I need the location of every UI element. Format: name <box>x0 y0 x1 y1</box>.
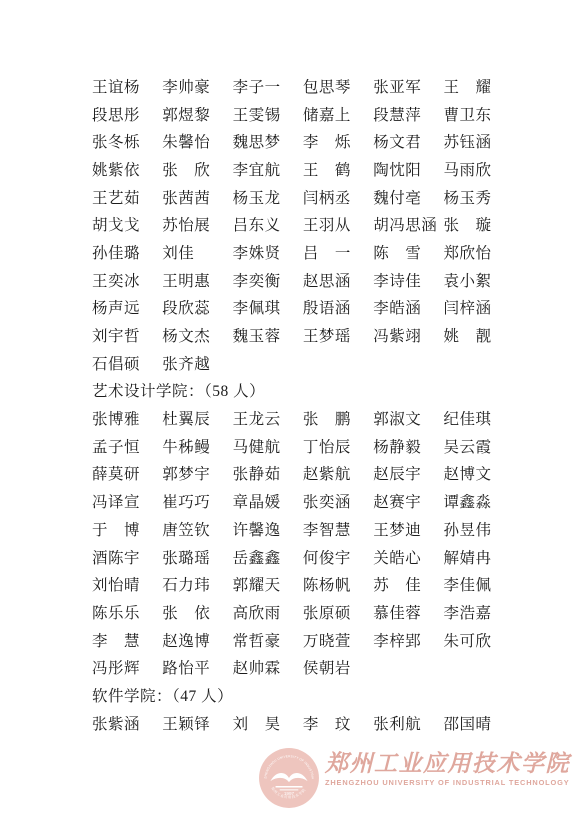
name-row: 刘怡晴石力玮郭耀天陈杨帆苏 佳李佳佩 <box>92 570 516 598</box>
student-name: 魏玉蓉 <box>233 324 303 346</box>
student-name: 张冬栎 <box>92 130 162 152</box>
name-row: 王奕冰王明惠李奕衡赵思涵李诗佳袁小絮 <box>92 266 516 294</box>
student-name: 张 依 <box>162 601 232 623</box>
name-row: 李 慧赵逸博常哲豪万晓萱李梓郢朱可欣 <box>92 626 516 654</box>
student-name: 张璐瑶 <box>162 546 232 568</box>
student-name: 陈杨帆 <box>303 573 373 595</box>
student-name: 王雯锡 <box>233 103 303 125</box>
student-name: 张齐越 <box>162 352 232 374</box>
student-name: 王谊杨 <box>92 75 162 97</box>
student-name-list: 王谊杨李帅豪李子一包思琴张亚军王 耀段思彤郭煜黎王雯锡储嘉上段慧萍曹卫东张冬栎朱… <box>92 72 516 737</box>
student-name: 魏付亳 <box>373 186 443 208</box>
student-name: 赵帅霖 <box>233 656 303 678</box>
student-name: 闫柄丞 <box>303 186 373 208</box>
student-name: 邵国晴 <box>443 712 513 734</box>
name-row: 姚紫依张 欣李宜航王 鹤陶忱阳马雨欣 <box>92 155 516 183</box>
name-row: 于 博唐笠钦许馨逸李智慧王梦迪孙昱伟 <box>92 515 516 543</box>
student-name: 李奕衡 <box>233 269 303 291</box>
section-header: 艺术设计学院：（58 人） <box>92 377 516 405</box>
name-row: 段思彤郭煜黎王雯锡储嘉上段慧萍曹卫东 <box>92 100 516 128</box>
student-name: 郑欣怡 <box>443 241 513 263</box>
student-name: 苏怡展 <box>162 213 232 235</box>
student-name: 谭鑫淼 <box>443 490 513 512</box>
student-name: 李 烁 <box>303 130 373 152</box>
student-name: 石力玮 <box>162 573 232 595</box>
student-name: 张奕涵 <box>303 490 373 512</box>
student-name: 牛秭鳗 <box>162 435 232 457</box>
name-row: 陈乐乐张 依高欣雨张原硕慕佳蓉李浩嘉 <box>92 598 516 626</box>
student-name: 王明惠 <box>162 269 232 291</box>
section-header: 软件学院：（47 人） <box>92 681 516 709</box>
student-name: 李浩嘉 <box>443 601 513 623</box>
student-name: 岳鑫鑫 <box>233 546 303 568</box>
student-name: 石倡硕 <box>92 352 162 374</box>
student-name: 章晶媛 <box>233 490 303 512</box>
student-name: 闫梓涵 <box>443 296 513 318</box>
student-name: 苏钰涵 <box>443 130 513 152</box>
student-name: 冯彤辉 <box>92 656 162 678</box>
name-row: 薛莫研郭梦宇张静茹赵紫航赵辰宇赵博文 <box>92 460 516 488</box>
student-name: 李帅豪 <box>162 75 232 97</box>
student-name: 冯紫翊 <box>373 324 443 346</box>
student-name: 万晓萱 <box>303 629 373 651</box>
student-name: 王羽从 <box>303 213 373 235</box>
student-name: 刘怡晴 <box>92 573 162 595</box>
student-name: 孙佳璐 <box>92 241 162 263</box>
student-name: 赵赛宇 <box>373 490 443 512</box>
university-name-cn: 郑州工业应用技术学院 <box>325 751 570 776</box>
student-name: 李佩琪 <box>233 296 303 318</box>
student-name: 赵逸博 <box>162 629 232 651</box>
student-name: 王梦迪 <box>373 518 443 540</box>
student-name: 段欣蕊 <box>162 296 232 318</box>
student-name: 杜翼辰 <box>162 407 232 429</box>
university-seal-icon: ZHENGZHOU UNIVERSITY OF INDUSTRIAL TECHN… <box>258 747 320 809</box>
student-name: 王奕冰 <box>92 269 162 291</box>
name-row: 酒陈宇张璐瑶岳鑫鑫何俊宇关皓心解婧冉 <box>92 543 516 571</box>
student-name: 李姝贤 <box>233 241 303 263</box>
student-name: 李皓涵 <box>373 296 443 318</box>
student-name: 张静茹 <box>233 462 303 484</box>
student-name: 李智慧 <box>303 518 373 540</box>
student-name: 张 璇 <box>443 213 513 235</box>
student-name: 酒陈宇 <box>92 546 162 568</box>
student-name: 李佳佩 <box>443 573 513 595</box>
student-name: 赵博文 <box>443 462 513 484</box>
student-name: 杨静毅 <box>373 435 443 457</box>
name-row: 孟子恒牛秭鳗马健航丁怡辰杨静毅吴云霞 <box>92 432 516 460</box>
university-name-en: ZHENGZHOU UNIVERSITY OF INDUSTRIAL TECHN… <box>325 778 570 787</box>
document-page: 王谊杨李帅豪李子一包思琴张亚军王 耀段思彤郭煜黎王雯锡储嘉上段慧萍曹卫东张冬栎朱… <box>0 0 584 815</box>
name-row: 石倡硕张齐越 <box>92 349 516 377</box>
student-name: 姚紫依 <box>92 158 162 180</box>
student-name: 殷语涵 <box>303 296 373 318</box>
student-name: 孙昱伟 <box>443 518 513 540</box>
student-name: 何俊宇 <box>303 546 373 568</box>
student-name: 陈乐乐 <box>92 601 162 623</box>
student-name: 郭煜黎 <box>162 103 232 125</box>
student-name: 王龙云 <box>233 407 303 429</box>
student-name: 李 慧 <box>92 629 162 651</box>
student-name: 纪佳琪 <box>443 407 513 429</box>
name-row: 王谊杨李帅豪李子一包思琴张亚军王 耀 <box>92 72 516 100</box>
student-name: 段慧萍 <box>373 103 443 125</box>
student-name: 崔巧巧 <box>162 490 232 512</box>
student-name: 赵思涵 <box>303 269 373 291</box>
student-name: 张博雅 <box>92 407 162 429</box>
student-name: 张原硕 <box>303 601 373 623</box>
name-row: 孙佳璐刘佳李姝贤吕 一陈 雪郑欣怡 <box>92 238 516 266</box>
student-name: 马健航 <box>233 435 303 457</box>
student-name: 于 博 <box>92 518 162 540</box>
student-name: 慕佳蓉 <box>373 601 443 623</box>
name-row: 胡戈戈苏怡展吕东义王羽从胡冯思涵张 璇 <box>92 210 516 238</box>
student-name: 薛莫研 <box>92 462 162 484</box>
name-row: 刘宇哲杨文杰魏玉蓉王梦瑶冯紫翊姚 靓 <box>92 321 516 349</box>
student-name: 张利航 <box>373 712 443 734</box>
student-name: 包思琴 <box>303 75 373 97</box>
university-logo-text: 郑州工业应用技术学院 ZHENGZHOU UNIVERSITY OF INDUS… <box>325 747 570 787</box>
student-name: 杨声远 <box>92 296 162 318</box>
student-name: 杨玉龙 <box>233 186 303 208</box>
student-name: 王艺茹 <box>92 186 162 208</box>
student-name: 刘佳 <box>162 241 232 263</box>
student-name: 李 玟 <box>303 712 373 734</box>
student-name: 张茜茜 <box>162 186 232 208</box>
university-logo-watermark: ZHENGZHOU UNIVERSITY OF INDUSTRIAL TECHN… <box>258 747 570 809</box>
student-name: 姚 靓 <box>443 324 513 346</box>
student-name: 吕 一 <box>303 241 373 263</box>
student-name: 陈 雪 <box>373 241 443 263</box>
name-row: 冯彤辉路怡平赵帅霖侯朝岩 <box>92 653 516 681</box>
student-name: 张 鹏 <box>303 407 373 429</box>
name-row: 杨声远段欣蕊李佩琪殷语涵李皓涵闫梓涵 <box>92 294 516 322</box>
student-name: 储嘉上 <box>303 103 373 125</box>
student-name: 袁小絮 <box>443 269 513 291</box>
student-name: 胡戈戈 <box>92 213 162 235</box>
student-name: 丁怡辰 <box>303 435 373 457</box>
student-name: 王梦瑶 <box>303 324 373 346</box>
student-name: 王 耀 <box>443 75 513 97</box>
student-name: 孟子恒 <box>92 435 162 457</box>
student-name: 曹卫东 <box>443 103 513 125</box>
student-name: 高欣雨 <box>233 601 303 623</box>
student-name: 杨玉秀 <box>443 186 513 208</box>
student-name: 胡冯思涵 <box>373 213 443 235</box>
student-name: 赵辰宇 <box>373 462 443 484</box>
student-name: 王颖铎 <box>162 712 232 734</box>
student-name: 吕东义 <box>233 213 303 235</box>
student-name: 李子一 <box>233 75 303 97</box>
student-name: 马雨欣 <box>443 158 513 180</box>
student-name: 李梓郢 <box>373 629 443 651</box>
student-name: 许馨逸 <box>233 518 303 540</box>
student-name: 段思彤 <box>92 103 162 125</box>
student-name: 李宜航 <box>233 158 303 180</box>
name-row: 张博雅杜翼辰王龙云张 鹏郭淑文纪佳琪 <box>92 404 516 432</box>
student-name: 朱馨怡 <box>162 130 232 152</box>
student-name: 侯朝岩 <box>303 656 373 678</box>
student-name: 刘 昊 <box>233 712 303 734</box>
name-row: 冯译宣崔巧巧章晶媛张奕涵赵赛宇谭鑫淼 <box>92 487 516 515</box>
student-name: 魏思梦 <box>233 130 303 152</box>
student-name: 常哲豪 <box>233 629 303 651</box>
student-name: 苏 佳 <box>373 573 443 595</box>
student-name: 冯译宣 <box>92 490 162 512</box>
student-name: 王 鹤 <box>303 158 373 180</box>
student-name: 杨文杰 <box>162 324 232 346</box>
student-name: 赵紫航 <box>303 462 373 484</box>
student-name: 陶忱阳 <box>373 158 443 180</box>
student-name: 解婧冉 <box>443 546 513 568</box>
student-name: 张紫涵 <box>92 712 162 734</box>
student-name: 郭淑文 <box>373 407 443 429</box>
student-name: 张亚军 <box>373 75 443 97</box>
student-name: 朱可欣 <box>443 629 513 651</box>
student-name: 路怡平 <box>162 656 232 678</box>
student-name: 刘宇哲 <box>92 324 162 346</box>
name-row: 张紫涵王颖铎刘 昊李 玟张利航邵国晴 <box>92 709 516 737</box>
student-name: 李诗佳 <box>373 269 443 291</box>
student-name: 郭耀天 <box>233 573 303 595</box>
student-name: 唐笠钦 <box>162 518 232 540</box>
student-name: 郭梦宇 <box>162 462 232 484</box>
name-row: 张冬栎朱馨怡魏思梦李 烁杨文君苏钰涵 <box>92 127 516 155</box>
student-name: 杨文君 <box>373 130 443 152</box>
student-name: 吴云霞 <box>443 435 513 457</box>
student-name: 关皓心 <box>373 546 443 568</box>
student-name: 张 欣 <box>162 158 232 180</box>
name-row: 王艺茹张茜茜杨玉龙闫柄丞魏付亳杨玉秀 <box>92 183 516 211</box>
